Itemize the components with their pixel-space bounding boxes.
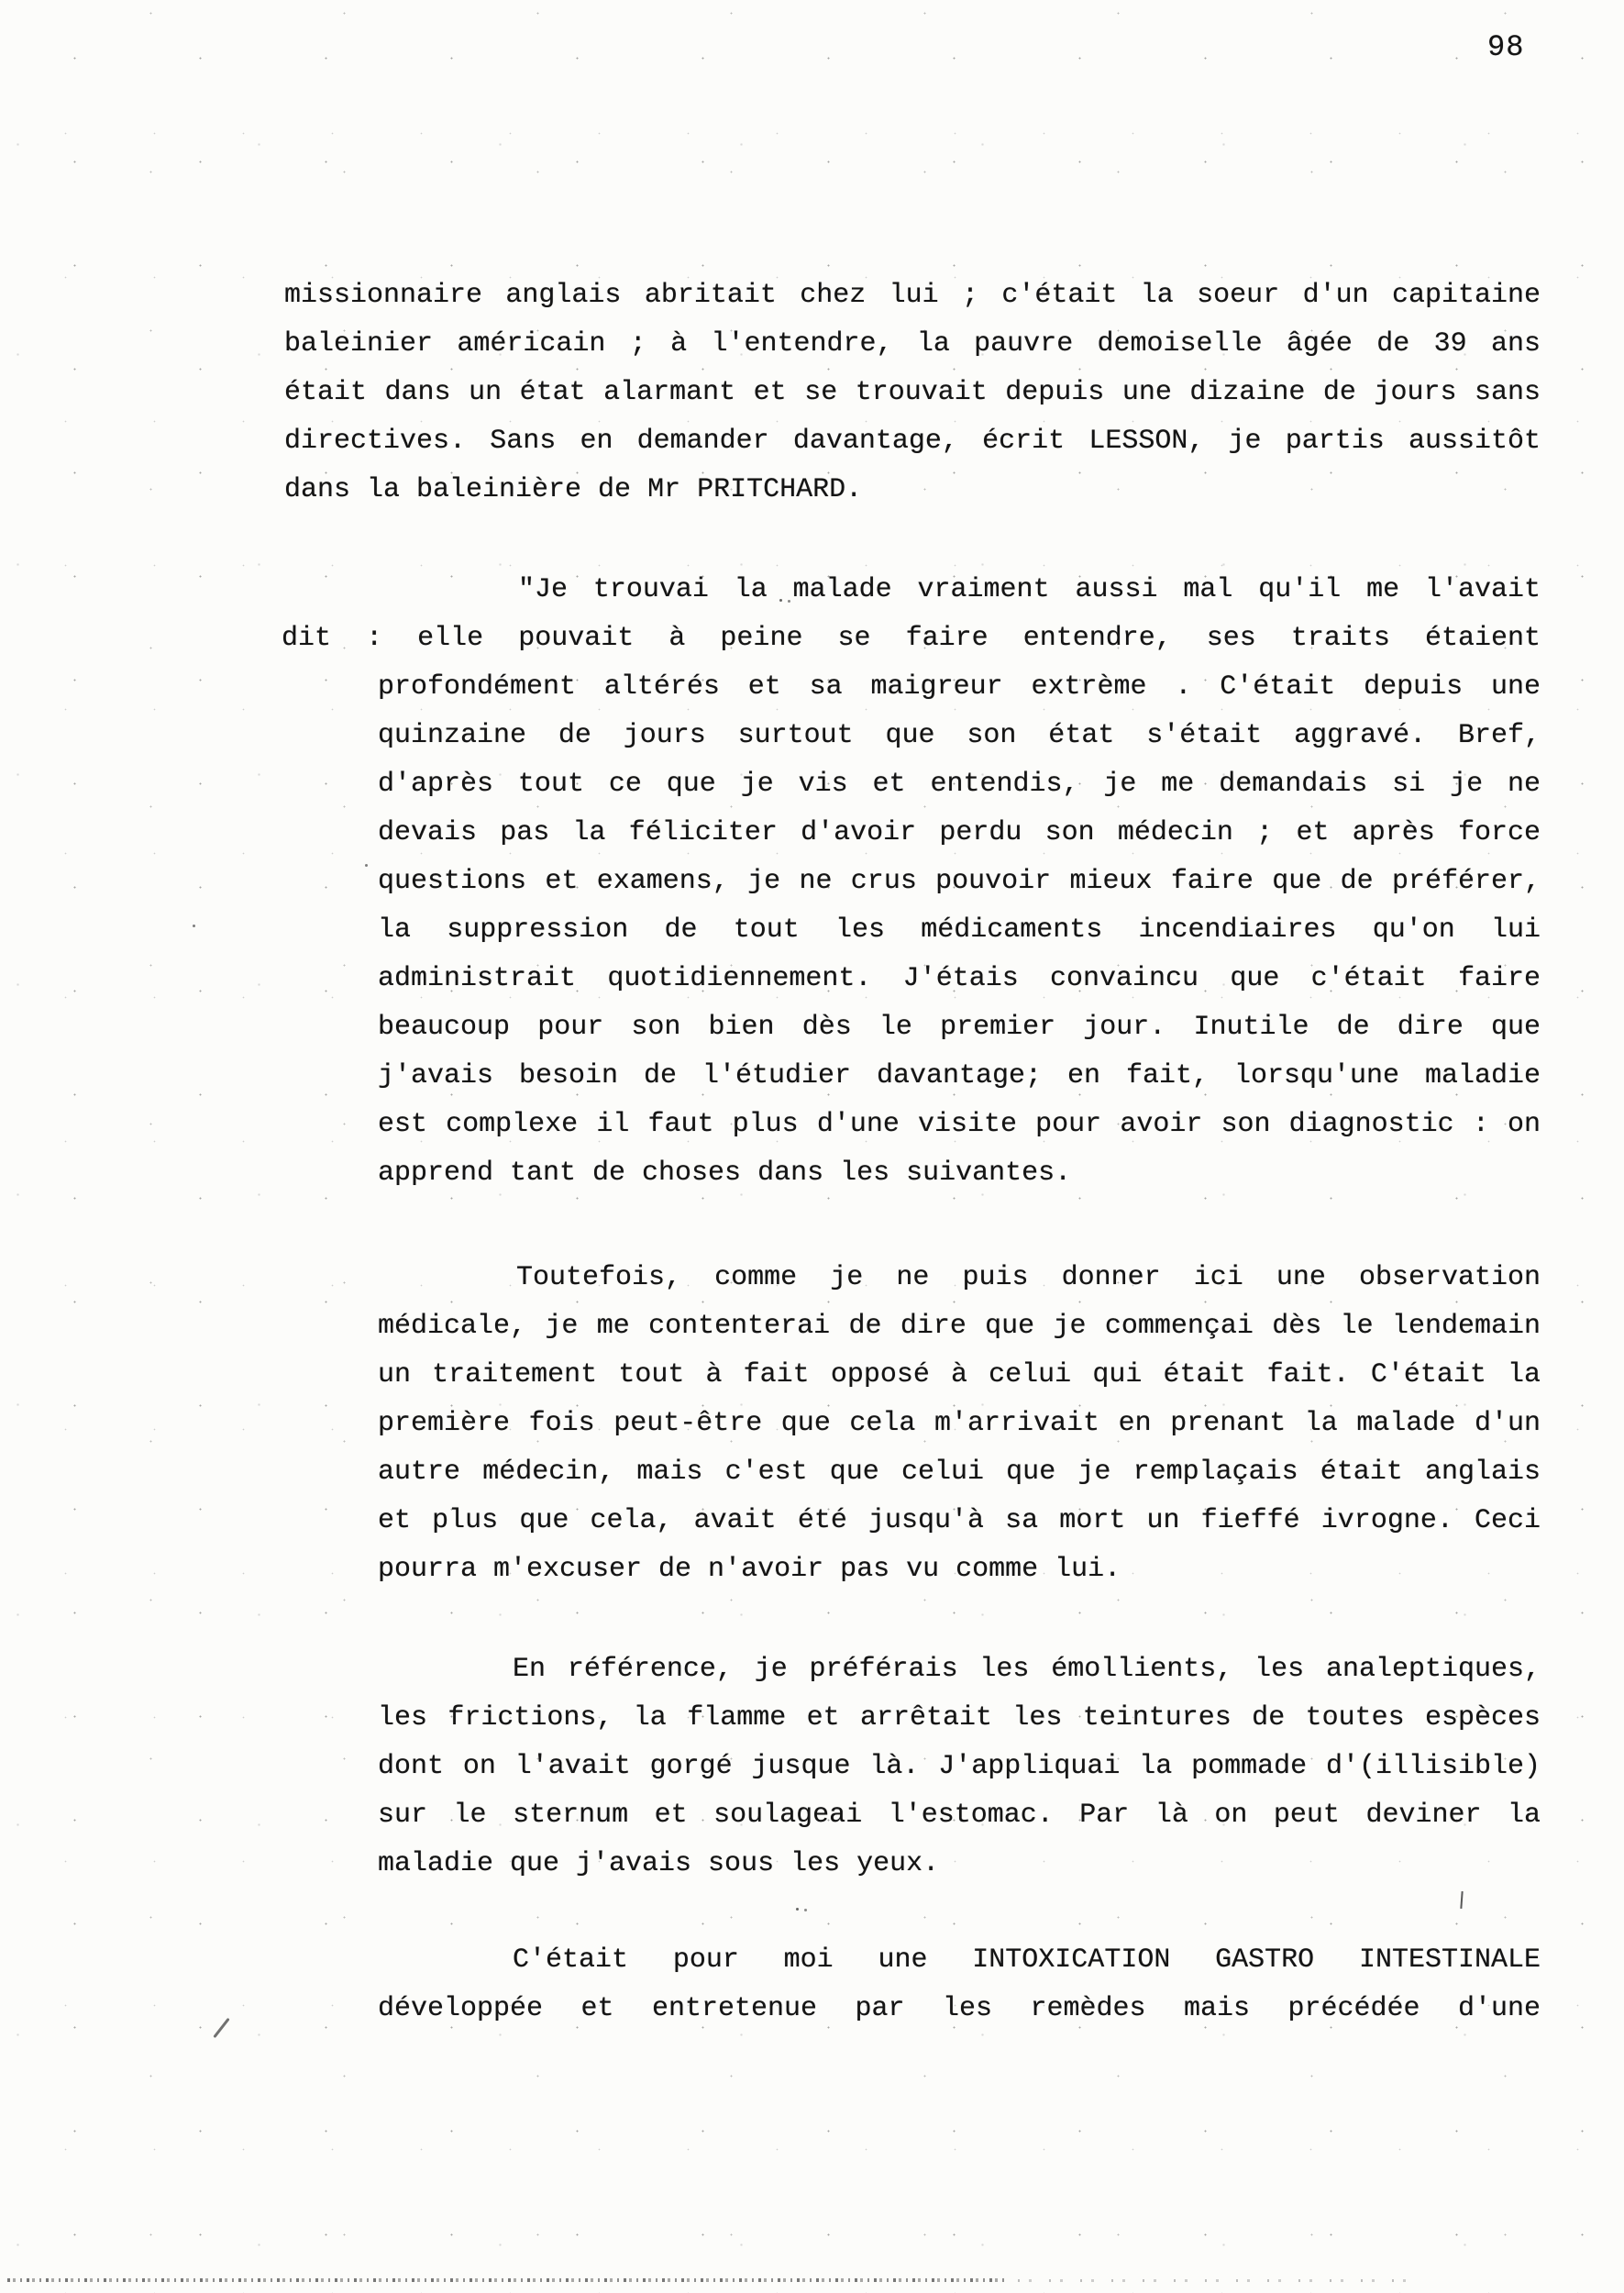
text-line: apprend tant de choses dans les suivante… <box>378 1149 1541 1198</box>
paragraph-1: missionnaire anglais abritait chez lui ;… <box>284 271 1541 515</box>
scan-speck <box>796 1908 799 1911</box>
text-line: médicale, je me contenterai de dire que … <box>378 1302 1541 1351</box>
text-line: était dans un état alarmant et se trouva… <box>284 369 1541 417</box>
paragraph-5: C'était pour moi une INTOXICATION GASTRO… <box>378 1936 1541 2033</box>
text-line: questions et examens, je ne crus pouvoir… <box>378 858 1541 906</box>
text-line: pourra m'excuser de n'avoir pas vu comme… <box>378 1545 1541 1594</box>
text-line: baleinier américain ; à l'entendre, la p… <box>284 320 1541 369</box>
text-line: Toutefois, comme je ne puis donner ici u… <box>516 1254 1541 1302</box>
text-line: autre médecin, mais c'est que celui que … <box>378 1448 1541 1497</box>
text-line: missionnaire anglais abritait chez lui ;… <box>284 271 1541 320</box>
text-line: développée et entretenue par les remèdes… <box>378 1985 1541 2033</box>
text-line: C'était pour moi une INTOXICATION GASTRO… <box>513 1936 1541 1985</box>
scan-noise-line <box>7 2278 1009 2282</box>
text-line: un traitement tout à fait opposé à celui… <box>378 1351 1541 1400</box>
text-line: devais pas la féliciter d'avoir perdu so… <box>378 809 1541 858</box>
scan-speck <box>193 925 195 927</box>
text-line: administrait quotidiennement. J'étais co… <box>378 955 1541 1003</box>
text-line: "Je trouvai la malade vraiment aussi mal… <box>518 566 1541 615</box>
text-line: dans la baleinière de Mr PRITCHARD. <box>284 466 1541 515</box>
text-line: j'avais besoin de l'étudier davantage; e… <box>378 1052 1541 1101</box>
text-line: quinzaine de jours surtout que son état … <box>378 712 1541 760</box>
text-line: profondément altérés et sa maigreur extr… <box>378 663 1541 712</box>
scan-speck <box>213 2018 229 2038</box>
document-page: 98 missionnaire anglais abritait chez lu… <box>0 0 1624 2293</box>
text-line: sur le sternum et soulageai l'estomac. P… <box>378 1791 1541 1840</box>
scan-noise-line <box>1018 2279 1421 2282</box>
text-line: les frictions, la flamme et arrêtait les… <box>378 1694 1541 1743</box>
text-line: dont on l'avait gorgé jusque là. J'appli… <box>378 1743 1541 1791</box>
text-line: d'après tout ce que je vis et entendis, … <box>378 760 1541 809</box>
scan-speck <box>365 864 368 867</box>
paragraph-4: En référence, je préférais les émollient… <box>378 1645 1541 1889</box>
text-line: est complexe il faut plus d'une visite p… <box>378 1101 1541 1149</box>
text-line: directives. Sans en demander davantage, … <box>284 417 1541 466</box>
paragraph-3: Toutefois, comme je ne puis donner ici u… <box>378 1254 1541 1594</box>
scan-speck <box>779 599 782 602</box>
text-line: maladie que j'avais sous les yeux. <box>378 1840 1541 1889</box>
paragraph-2: "Je trouvai la malade vraiment aussi mal… <box>282 566 1541 1198</box>
page-number: 98 <box>1487 33 1524 62</box>
text-line: En référence, je préférais les émollient… <box>513 1645 1541 1694</box>
text-line: beaucoup pour son bien dès le premier jo… <box>378 1003 1541 1052</box>
text-line: dit : elle pouvait à peine se faire ente… <box>282 615 1541 663</box>
text-line: première fois peut-être que cela m'arriv… <box>378 1400 1541 1448</box>
text-line: et plus que cela, avait été jusqu'à sa m… <box>378 1497 1541 1545</box>
scan-speck <box>1460 1891 1463 1909</box>
text-line: la suppression de tout les médicaments i… <box>378 906 1541 955</box>
